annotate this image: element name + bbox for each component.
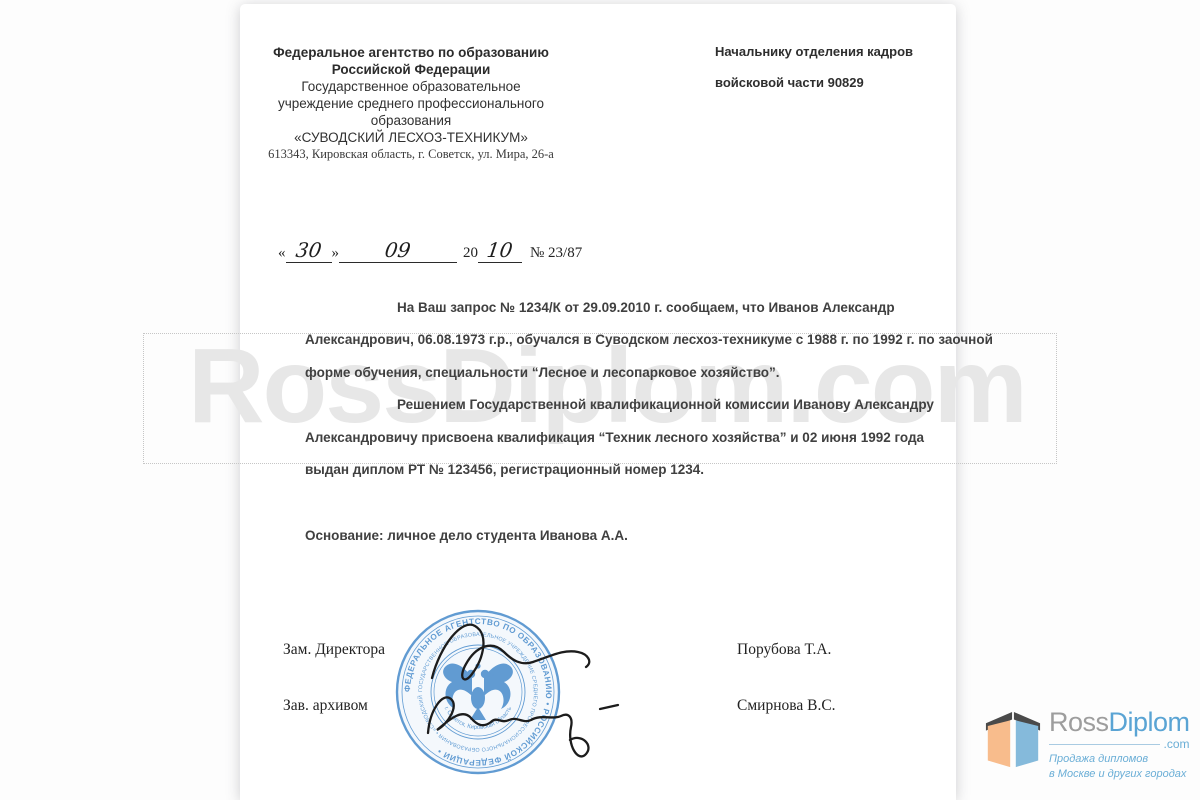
signer-title-archive-head: Зав. архивом (283, 697, 368, 715)
body-line: Решением Государственной квалификационно… (305, 389, 917, 421)
sender-block: Федеральное агентство по образованию Рос… (258, 44, 564, 162)
org-agency-line: Федеральное агентство по образованию (258, 44, 564, 61)
year-prefix: 20 (463, 245, 478, 262)
logo-tagline-2: в Москве и других городах (1049, 768, 1190, 781)
document-canvas: RossDiplom.com Федеральное агентство по … (0, 0, 1200, 800)
org-type-line-2: учреждение среднего профессионального (258, 95, 564, 112)
handwritten-signatures-icon (400, 606, 660, 776)
handwritten-day: 30 (294, 238, 323, 262)
rossdiplom-logo: RossDiplom .com Продажа дипломов в Москв… (985, 708, 1190, 781)
signer-name-smirnova: Смирнова В.С. (737, 697, 836, 715)
logo-tagline-1: Продажа дипломов (1049, 753, 1190, 766)
logo-text-block: RossDiplom .com Продажа дипломов в Москв… (1049, 708, 1190, 781)
open-quote: « (278, 245, 286, 262)
org-name-line: «СУВОДСКИЙ ЛЕСХОЗ-ТЕХНИКУМ» (258, 129, 564, 146)
body-line: выдан диплом РТ № 123456, регистрационны… (305, 454, 917, 486)
logo-domain: .com (1164, 737, 1190, 751)
org-address: 613343, Кировская область, г. Советск, у… (258, 147, 564, 162)
logo-domain-row: .com (1049, 737, 1190, 751)
signature-dash (600, 705, 618, 709)
recipient-line-1: Начальнику отделения кадров (715, 44, 913, 59)
org-type-line-3: образования (258, 112, 564, 129)
date-line: « 30 » 09 20 10 № 23/87 (278, 238, 582, 263)
handwritten-month: 09 (384, 238, 413, 262)
handwritten-year: 10 (486, 238, 515, 262)
document-number: № 23/87 (530, 245, 582, 262)
signature-director (432, 625, 589, 680)
body-line: Александрович, 06.08.1973 г.р., обучался… (305, 324, 917, 356)
recipient-line-2: войсковой части 90829 (715, 75, 913, 90)
body-line: Александровичу присвоена квалификация “Т… (305, 422, 917, 454)
logo-divider-line (1049, 744, 1160, 745)
close-quote: » (332, 245, 340, 262)
body-line: форме обучения, специальности “Лесное и … (305, 357, 917, 389)
logo-word-diplom: Diplom (1109, 707, 1190, 737)
basis-line: Основание: личное дело студента Иванова … (305, 528, 628, 543)
letter-body: На Ваш запрос № 1234/К от 29.09.2010 г. … (305, 292, 917, 486)
org-type-line-1: Государственное образовательное (258, 78, 564, 95)
org-federation-line: Российской Федерации (258, 61, 564, 78)
body-line: На Ваш запрос № 1234/К от 29.09.2010 г. … (305, 292, 917, 324)
signer-title-deputy-director: Зам. Директора (283, 641, 385, 659)
logo-word-ross: Ross (1049, 707, 1109, 737)
open-book-icon (985, 708, 1041, 772)
signer-name-porubova: Порубова Т.А. (737, 641, 831, 659)
logo-wordmark: RossDiplom (1049, 708, 1190, 736)
signature-archivist (428, 697, 588, 756)
recipient-block: Начальнику отделения кадров войсковой ча… (715, 44, 913, 90)
